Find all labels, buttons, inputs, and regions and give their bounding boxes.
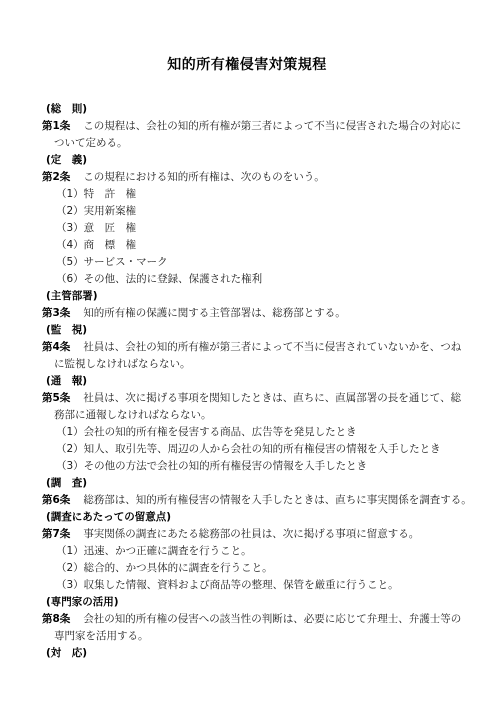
- list-item: （2）総合的、かつ具体的に調査を行うこと。: [0, 560, 494, 577]
- document-page: 知的所有権侵害対策規程 (総 則) 第1条この規程は、会社の知的所有権が第三者に…: [0, 0, 494, 704]
- list-item: （3）その他の方法で会社の知的所有権侵害の情報を入手したとき: [0, 458, 494, 475]
- section-heading: (調査にあたっての留意点): [0, 509, 494, 526]
- section-heading: (調 査): [0, 475, 494, 492]
- list-item: （1）会社の知的所有権を侵害する商品、広告等を発見したとき: [0, 424, 494, 441]
- article-text: 事実関係の調査にあたる総務部の社員は、次に掲げる事項に留意する。: [83, 528, 419, 540]
- article-number: 第1条: [42, 120, 70, 132]
- document-title: 知的所有権侵害対策規程: [0, 0, 494, 75]
- article-text: 総務部は、知的所有権侵害の情報を入手したときは、直ちに事実関係を調査する。: [83, 494, 472, 506]
- article-number: 第3条: [42, 307, 70, 319]
- document-body: (総 則) 第1条この規程は、会社の知的所有権が第三者によって不当に侵害された場…: [0, 101, 494, 662]
- article-number: 第7条: [42, 528, 70, 540]
- section-heading: (監 視): [0, 322, 494, 339]
- continuation-text: 務部に通報しなければならない。: [0, 407, 494, 424]
- article-number: 第4条: [42, 341, 70, 353]
- section-heading: (通 報): [0, 373, 494, 390]
- list-item: （5）サービス・マーク: [0, 254, 494, 271]
- article-line: 第1条この規程は、会社の知的所有権が第三者によって不当に侵害された場合の対応に: [0, 118, 494, 135]
- article-text: 社員は、会社の知的所有権が第三者によって不当に侵害されていないかを、つね: [83, 341, 461, 353]
- article-line: 第8条会社の知的所有権の侵害への該当性の判断は、必要に応じて弁理士、弁護士等の: [0, 611, 494, 628]
- section-heading: (主管部署): [0, 288, 494, 305]
- article-number: 第2条: [42, 171, 70, 183]
- list-item: （2）知人、取引先等、周辺の人から会社の知的所有権侵害の情報を入手したとき: [0, 441, 494, 458]
- article-number: 第5条: [42, 392, 70, 404]
- section-heading: (定 義): [0, 152, 494, 169]
- article-text: 知的所有権の保護に関する主管部署は、総務部とする。: [83, 307, 346, 319]
- article-text: この規程は、会社の知的所有権が第三者によって不当に侵害された場合の対応に: [83, 120, 461, 132]
- article-line: 第6条総務部は、知的所有権侵害の情報を入手したときは、直ちに事実関係を調査する。: [0, 492, 494, 509]
- continuation-text: 専門家を活用する。: [0, 628, 494, 645]
- article-line: 第7条事実関係の調査にあたる総務部の社員は、次に掲げる事項に留意する。: [0, 526, 494, 543]
- article-line: 第5条社員は、次に掲げる事項を関知したときは、直ちに、直属部署の長を通じて、総: [0, 390, 494, 407]
- list-item: （3）意 匠 権: [0, 220, 494, 237]
- article-line: 第2条この規程における知的所有権は、次のものをいう。: [0, 169, 494, 186]
- article-text: この規程における知的所有権は、次のものをいう。: [83, 171, 325, 183]
- list-item: （3）収集した情報、資料および商品等の整理、保管を厳重に行うこと。: [0, 577, 494, 594]
- list-item: （2）実用新案権: [0, 203, 494, 220]
- list-item: （4）商 標 権: [0, 237, 494, 254]
- article-text: 社員は、次に掲げる事項を関知したときは、直ちに、直属部署の長を通じて、総: [83, 392, 461, 404]
- article-line: 第3条知的所有権の保護に関する主管部署は、総務部とする。: [0, 305, 494, 322]
- list-item: （1）迅速、かつ正確に調査を行うこと。: [0, 543, 494, 560]
- continuation-text: ついて定める。: [0, 135, 494, 152]
- section-heading: (総 則): [0, 101, 494, 118]
- section-heading: (専門家の活用): [0, 594, 494, 611]
- article-number: 第6条: [42, 494, 70, 506]
- article-text: 会社の知的所有権の侵害への該当性の判断は、必要に応じて弁理士、弁護士等の: [83, 613, 461, 625]
- article-line: 第4条社員は、会社の知的所有権が第三者によって不当に侵害されていないかを、つね: [0, 339, 494, 356]
- list-item: （6）その他、法的に登録、保護された権利: [0, 271, 494, 288]
- section-heading: (対 応): [0, 645, 494, 662]
- continuation-text: に監視しなければならない。: [0, 356, 494, 373]
- list-item: （1）特 許 権: [0, 186, 494, 203]
- article-number: 第8条: [42, 613, 70, 625]
